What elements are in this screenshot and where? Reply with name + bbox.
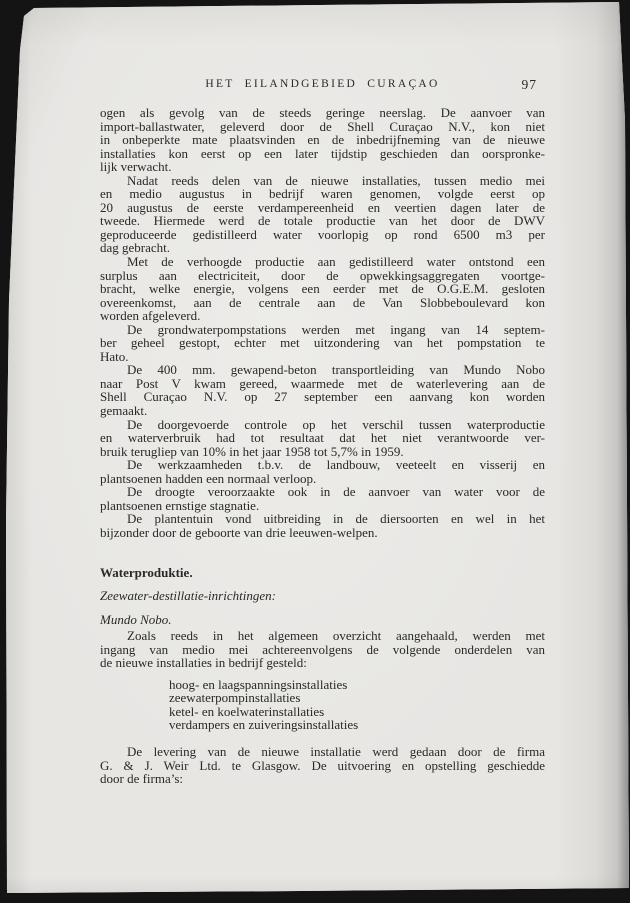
text-line: Shell Curaçao N.V. op 27 september een a… — [100, 390, 545, 404]
list-item: verdampers en zuiveringsinstallaties — [100, 718, 545, 732]
scanned-document: HET EILANDGEBIED CURAÇAO 97 ogen als gev… — [0, 0, 630, 903]
text-line: en medio augustus in bedrijf waren genom… — [100, 187, 545, 201]
text-line: tweede. Hiermede werd de totale producti… — [100, 214, 545, 228]
paragraph: De werkzaamheden t.b.v. de landbouw, vee… — [100, 458, 545, 485]
text-line: plantsoenen ernstige stagnatie. — [100, 499, 545, 513]
text-line: Hato. — [100, 350, 545, 364]
text-line: worden afgeleverd. — [100, 309, 545, 323]
text-line: plantsoenen hadden een normaal verloop. — [100, 472, 545, 486]
text-line: De levering van de nieuwe installatie we… — [100, 745, 545, 759]
text-line: installaties kon eerst op een later tijd… — [100, 147, 545, 161]
text-line: De werkzaamheden t.b.v. de landbouw, vee… — [100, 458, 545, 472]
text-line: Nadat reeds delen van de nieuwe installa… — [100, 174, 545, 188]
text-line: De grondwaterpompstations werden met ing… — [100, 323, 545, 337]
text-line: Zoals reeds in het algemeen overzicht aa… — [100, 629, 545, 643]
text-line: ogen als gevolg van de steeds geringe ne… — [100, 106, 545, 120]
text-line: de nieuwe installaties in bedrijf gestel… — [100, 656, 545, 670]
running-title: HET EILANDGEBIED CURAÇAO — [205, 78, 439, 90]
paragraph: ogen als gevolg van de steeds geringe ne… — [100, 106, 545, 174]
text-line: bruik terugliep van 10% in het jaar 1958… — [100, 445, 545, 459]
paragraph: De grondwaterpompstations werden met ing… — [100, 323, 545, 364]
list-item: ketel- en koelwaterinstallaties — [100, 705, 545, 719]
text-line: De plantentuin vond uitbreiding in de di… — [100, 512, 545, 526]
text-flow: ogen als gevolg van de steeds geringe ne… — [100, 106, 545, 786]
text-line: De doorgevoerde controle op het verschil… — [100, 418, 545, 432]
text-line: G. & J. Weir Ltd. te Glasgow. De uitvoer… — [100, 759, 545, 773]
paragraph: Met de verhoogde productie aan gedistill… — [100, 255, 545, 323]
text-line: in onbeperkte mate plaatsvinden en de in… — [100, 133, 545, 147]
section-heading: Waterproduktie. — [100, 566, 545, 580]
paragraph: Zoals reeds in het algemeen overzicht aa… — [100, 629, 545, 670]
text-line: ber geheel gestopt, echter met uitzonder… — [100, 336, 545, 350]
text-line: 20 augustus de eerste verdampereenheid e… — [100, 201, 545, 215]
text-line: dag gebracht. — [100, 241, 545, 255]
text-line: import-ballastwater, geleverd door de Sh… — [100, 120, 545, 134]
text-line: naar Post V kwam gereed, waarmede met de… — [100, 377, 545, 391]
text-line: bracht, welke energie, volgens een eerde… — [100, 282, 545, 296]
list-item: zeewaterpompinstallaties — [100, 691, 545, 705]
subsection-heading: Mundo Nobo. — [100, 613, 545, 627]
text-line: overeenkomst, aan de centrale aan de Van… — [100, 296, 545, 310]
paragraph: De 400 mm. gewapend-beton transportleidi… — [100, 363, 545, 417]
page-content: HET EILANDGEBIED CURAÇAO 97 ogen als gev… — [100, 78, 545, 786]
text-line: ingang van medio mei achtereenvolgens de… — [100, 643, 545, 657]
paragraph: De plantentuin vond uitbreiding in de di… — [100, 512, 545, 539]
text-line: gemaakt. — [100, 404, 545, 418]
text-line: en waterverbruik had tot resultaat dat h… — [100, 431, 545, 445]
paragraph: De doorgevoerde controle op het verschil… — [100, 418, 545, 459]
text-line: surplus aan electriciteit, door de opwek… — [100, 269, 545, 283]
text-line: Met de verhoogde productie aan gedistill… — [100, 255, 545, 269]
page-number: 97 — [522, 77, 538, 93]
text-line: lijk verwacht. — [100, 160, 545, 174]
subsection-heading: Zeewater-destillatie-inrichtingen: — [100, 589, 545, 603]
text-line: De droogte veroorzaakte ook in de aanvoe… — [100, 485, 545, 499]
text-line: door de firma’s: — [100, 772, 545, 786]
text-line: De 400 mm. gewapend-beton transportleidi… — [100, 363, 545, 377]
list-item: hoog- en laagspanningsinstallaties — [100, 678, 545, 692]
text-line: geproduceerde gedistilleerd water voorlo… — [100, 228, 545, 242]
text-line: bijzonder door de geboorte van drie leeu… — [100, 526, 545, 540]
paragraph: De levering van de nieuwe installatie we… — [100, 745, 545, 786]
paragraph: Nadat reeds delen van de nieuwe installa… — [100, 174, 545, 255]
item-list: hoog- en laagspanningsinstallatieszeewat… — [100, 678, 545, 732]
paragraph: De droogte veroorzaakte ook in de aanvoe… — [100, 485, 545, 512]
page-header: HET EILANDGEBIED CURAÇAO 97 — [100, 78, 545, 93]
